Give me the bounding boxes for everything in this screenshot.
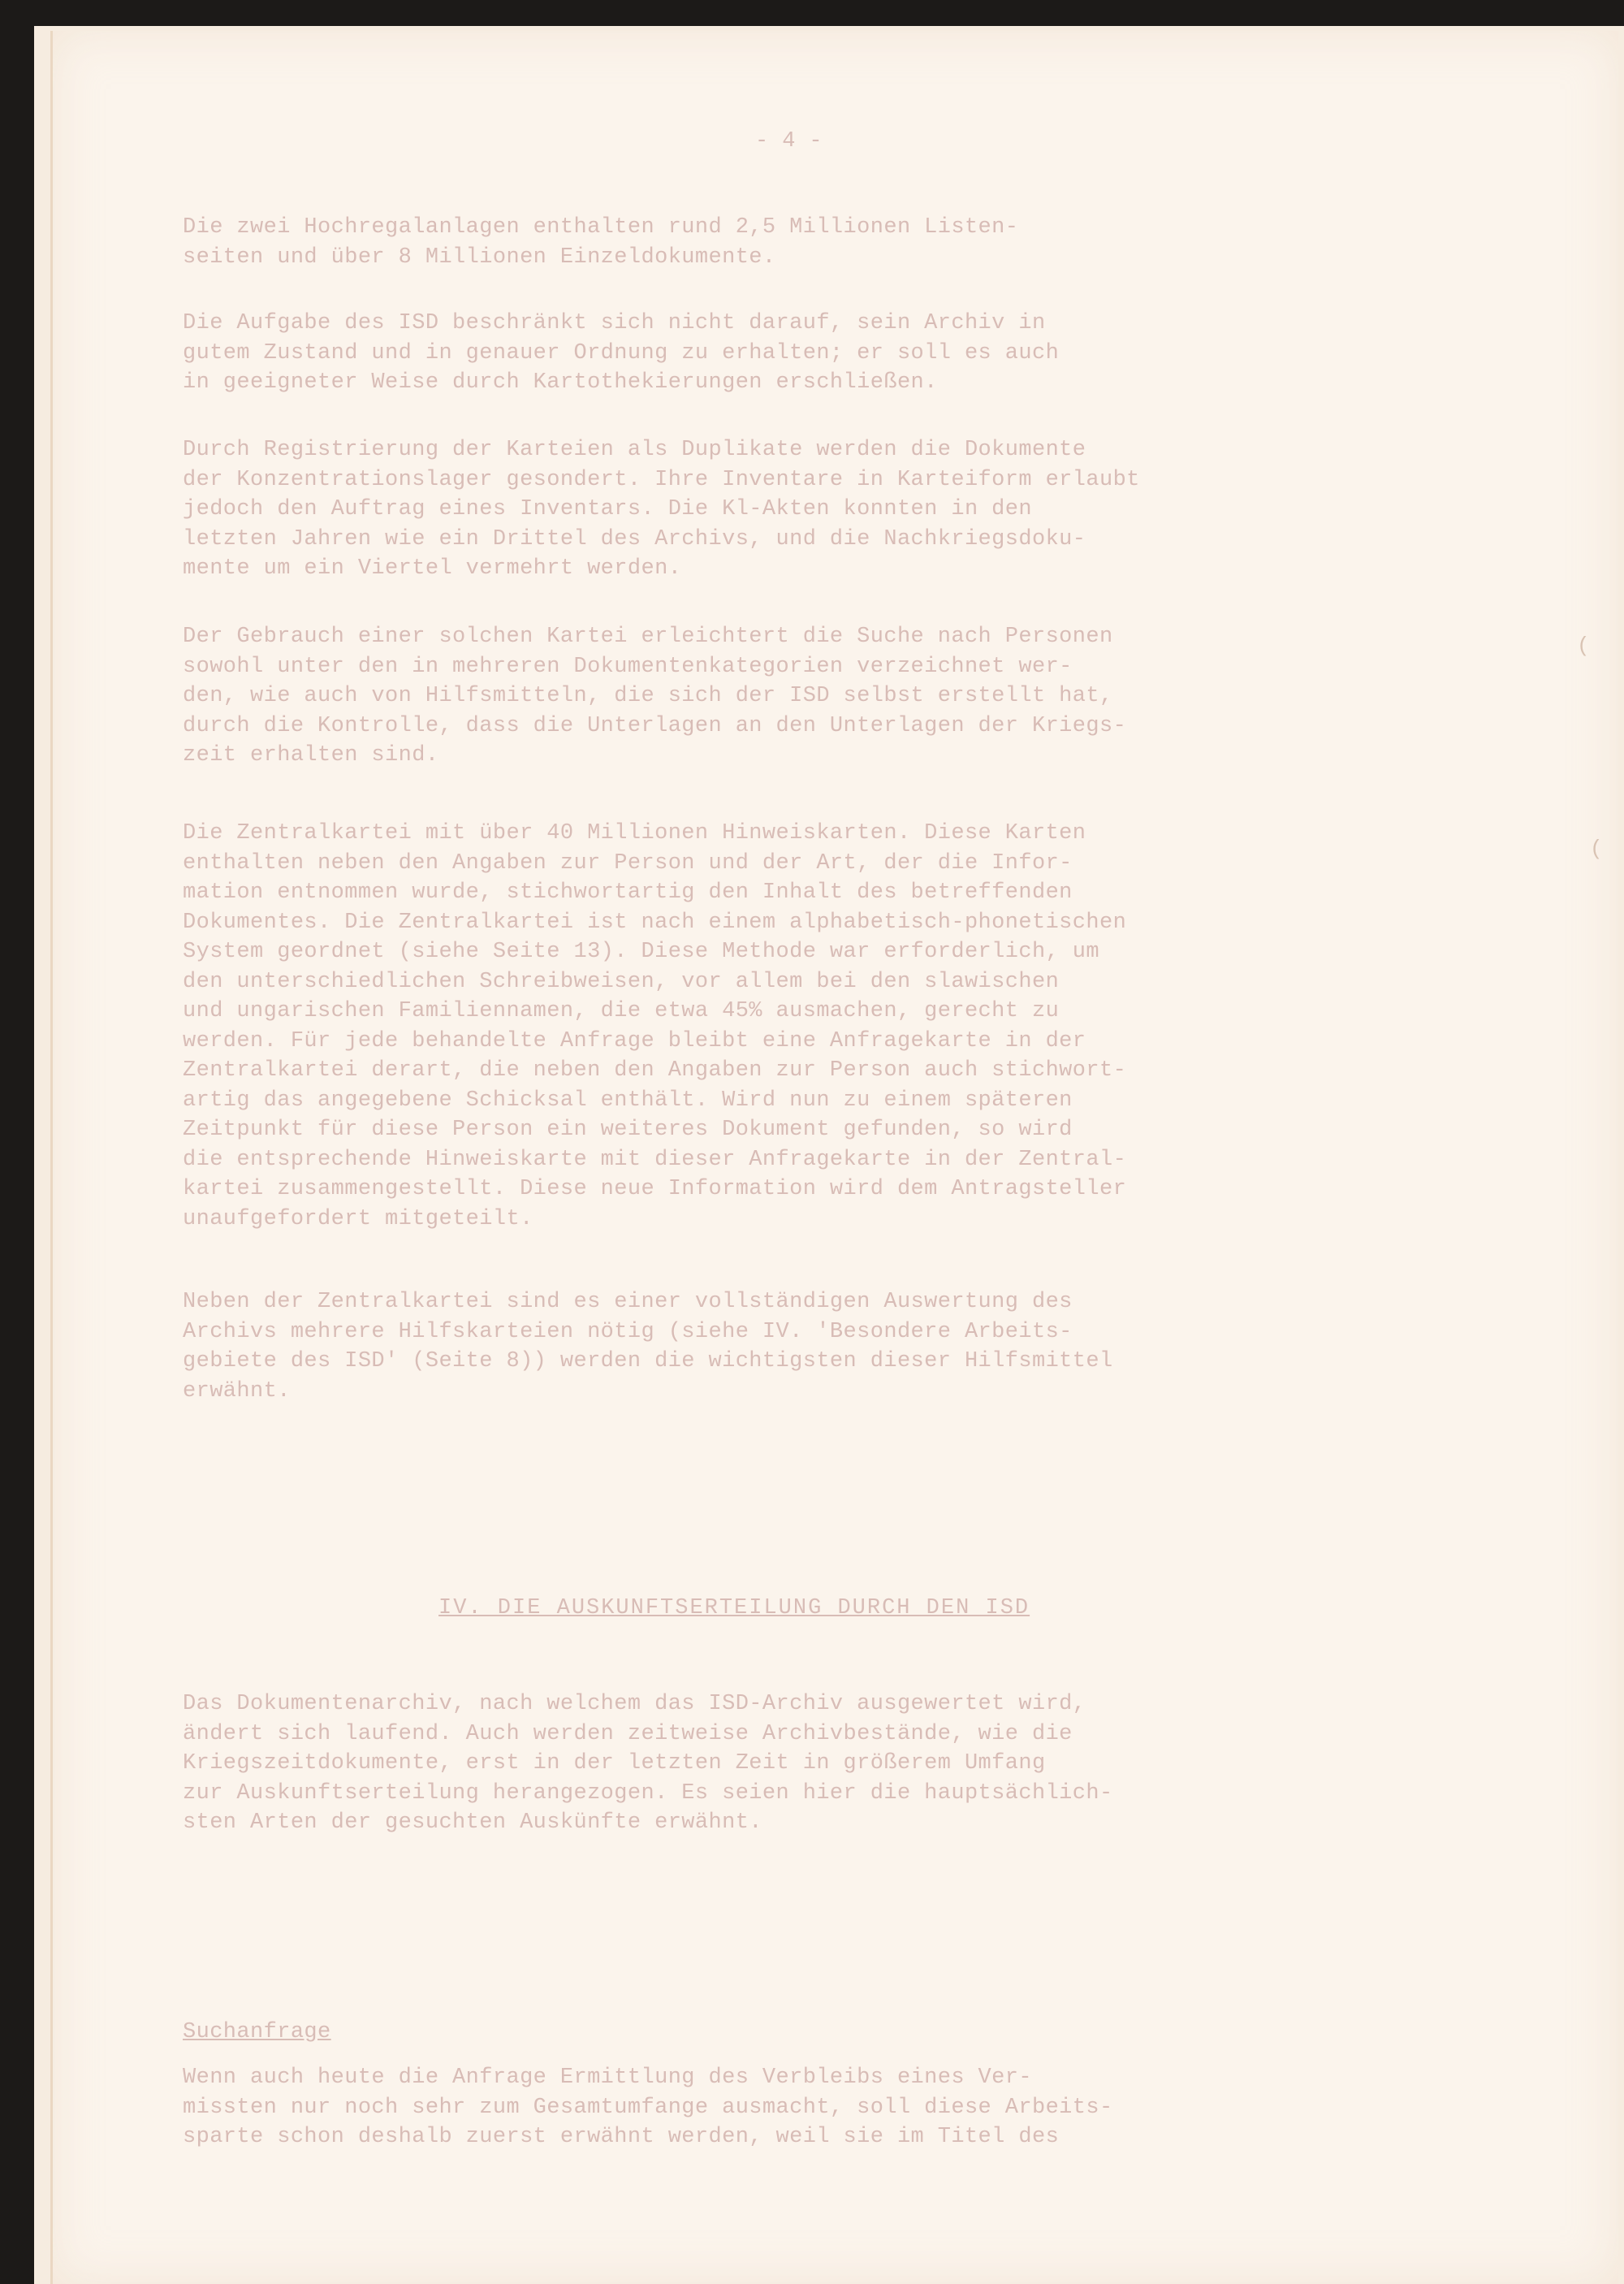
page-number: - 4 -	[755, 127, 823, 157]
section-heading: IV. DIE AUSKUNFTSERTEILUNG DURCH DEN ISD	[438, 1594, 1030, 1624]
margin-mark: (	[1590, 837, 1603, 861]
paragraph-2: Die Aufgabe des ISD beschränkt sich nich…	[183, 309, 1059, 398]
paragraph-7: Das Dokumentenarchiv, nach welchem das I…	[183, 1689, 1113, 1838]
paragraph-3: Durch Registrierung der Karteien als Dup…	[183, 435, 1140, 584]
paragraph-8: Wenn auch heute die Anfrage Ermittlung d…	[183, 2063, 1113, 2152]
margin-mark: (	[1577, 634, 1590, 658]
paragraph-6: Neben der Zentralkartei sind es einer vo…	[183, 1287, 1113, 1406]
paragraph-1: Die zwei Hochregalanlagen enthalten rund…	[183, 213, 1018, 272]
subheading: Suchanfrage	[183, 2018, 331, 2048]
paragraph-4: Der Gebrauch einer solchen Kartei erleic…	[183, 622, 1126, 771]
paragraph-5: Die Zentralkartei mit über 40 Millionen …	[183, 819, 1126, 1234]
